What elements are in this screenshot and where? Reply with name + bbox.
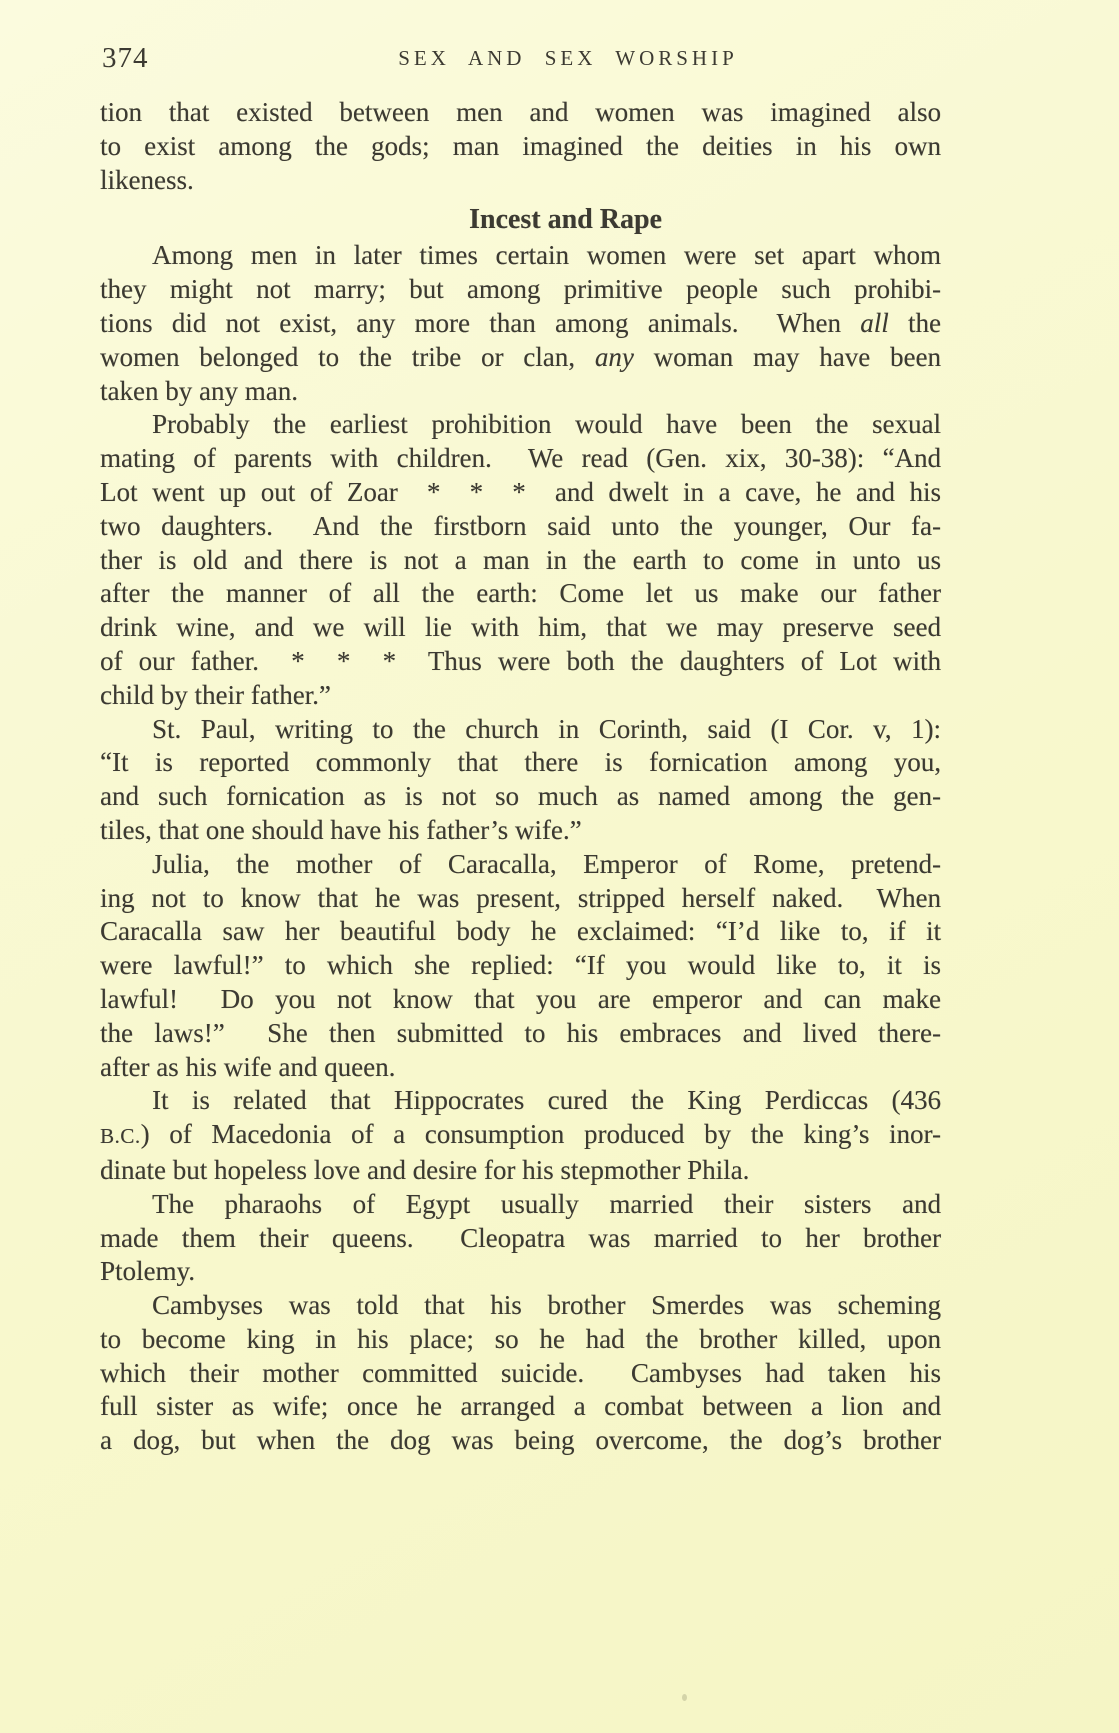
running-header-title: SEX AND SEX WORSHIP xyxy=(398,46,738,70)
text-line: Lot went up out of Zoar * * * and dwelt … xyxy=(100,476,941,510)
text-line: ing not to know that he was present, str… xyxy=(100,882,941,916)
paragraph: The pharaohs of Egypt usually married th… xyxy=(100,1188,941,1289)
text-line: tiles, that one should have his father’s… xyxy=(100,814,941,848)
paragraph: Probably the earliest prohibition would … xyxy=(100,408,941,712)
paragraph: Cambyses was told that his brother Smerd… xyxy=(100,1289,941,1458)
text-line: mating of parents with children. We read… xyxy=(100,442,941,476)
text-line: were lawful!” to which she replied: “If … xyxy=(100,949,941,983)
text-line: It is related that Hippocrates cured the… xyxy=(100,1084,941,1118)
paragraph: It is related that Hippocrates cured the… xyxy=(100,1084,941,1187)
text-line: B.C.) of Macedonia of a consumption prod… xyxy=(100,1118,941,1154)
text-line: two daughters. And the firstborn said un… xyxy=(100,510,941,544)
text-line: taken by any man. xyxy=(100,375,941,409)
section-heading: Incest and Rape xyxy=(100,199,941,239)
text-line: ther is old and there is not a man in th… xyxy=(100,544,941,578)
text-line: the laws!” She then submitted to his emb… xyxy=(100,1017,941,1051)
text-line: Among men in later times certain women w… xyxy=(100,239,941,273)
scan-speck xyxy=(682,1694,687,1701)
text-line: Julia, the mother of Caracalla, Emperor … xyxy=(100,848,941,882)
text-line: St. Paul, writing to the church in Corin… xyxy=(100,713,941,747)
text-line: made them their queens. Cleopatra was ma… xyxy=(100,1222,941,1256)
text-line: lawful! Do you not know that you are emp… xyxy=(100,983,941,1017)
text-line: and such fornication as is not so much a… xyxy=(100,780,941,814)
text-line: tion that existed between men and women … xyxy=(100,96,941,130)
text-body: tion that existed between men and women … xyxy=(100,96,941,1458)
text-line: after as his wife and queen. xyxy=(100,1051,941,1085)
book-page: 374 SEX AND SEX WORSHIP tion that existe… xyxy=(0,0,1119,1733)
text-line: Probably the earliest prohibition would … xyxy=(100,408,941,442)
text-line: Cambyses was told that his brother Smerd… xyxy=(100,1289,941,1323)
section-heading-text: Incest and Rape xyxy=(469,204,662,235)
text-line: drink wine, and we will lie with him, th… xyxy=(100,611,941,645)
text-line: The pharaohs of Egypt usually married th… xyxy=(100,1188,941,1222)
running-header: SEX AND SEX WORSHIP xyxy=(100,46,940,71)
text-line: to exist among the gods; man imagined th… xyxy=(100,130,941,164)
text-line: tions did not exist, any more than among… xyxy=(100,307,941,341)
text-line: likeness. xyxy=(100,164,941,198)
paragraph: Julia, the mother of Caracalla, Emperor … xyxy=(100,848,941,1085)
text-line: a dog, but when the dog was being overco… xyxy=(100,1424,941,1458)
text-line: of our father. * * * Thus were both the … xyxy=(100,645,941,679)
text-line: to become king in his place; so he had t… xyxy=(100,1323,941,1357)
text-line: full sister as wife; once he arranged a … xyxy=(100,1390,941,1424)
text-line: Caracalla saw her beautiful body he excl… xyxy=(100,915,941,949)
text-line: they might not marry; but among primitiv… xyxy=(100,273,941,307)
text-line: Ptolemy. xyxy=(100,1255,941,1289)
text-line: “It is reported commonly that there is f… xyxy=(100,746,941,780)
text-line: which their mother committed suicide. Ca… xyxy=(100,1357,941,1391)
paragraph: tion that existed between men and women … xyxy=(100,96,941,197)
text-line: dinate but hopeless love and desire for … xyxy=(100,1154,941,1188)
text-line: women belonged to the tribe or clan, any… xyxy=(100,341,941,375)
page-header: 374 SEX AND SEX WORSHIP xyxy=(100,42,940,76)
text-line: child by their father.” xyxy=(100,679,941,713)
text-line: after the manner of all the earth: Come … xyxy=(100,577,941,611)
paragraph: St. Paul, writing to the church in Corin… xyxy=(100,713,941,848)
paragraph: Among men in later times certain women w… xyxy=(100,239,941,408)
